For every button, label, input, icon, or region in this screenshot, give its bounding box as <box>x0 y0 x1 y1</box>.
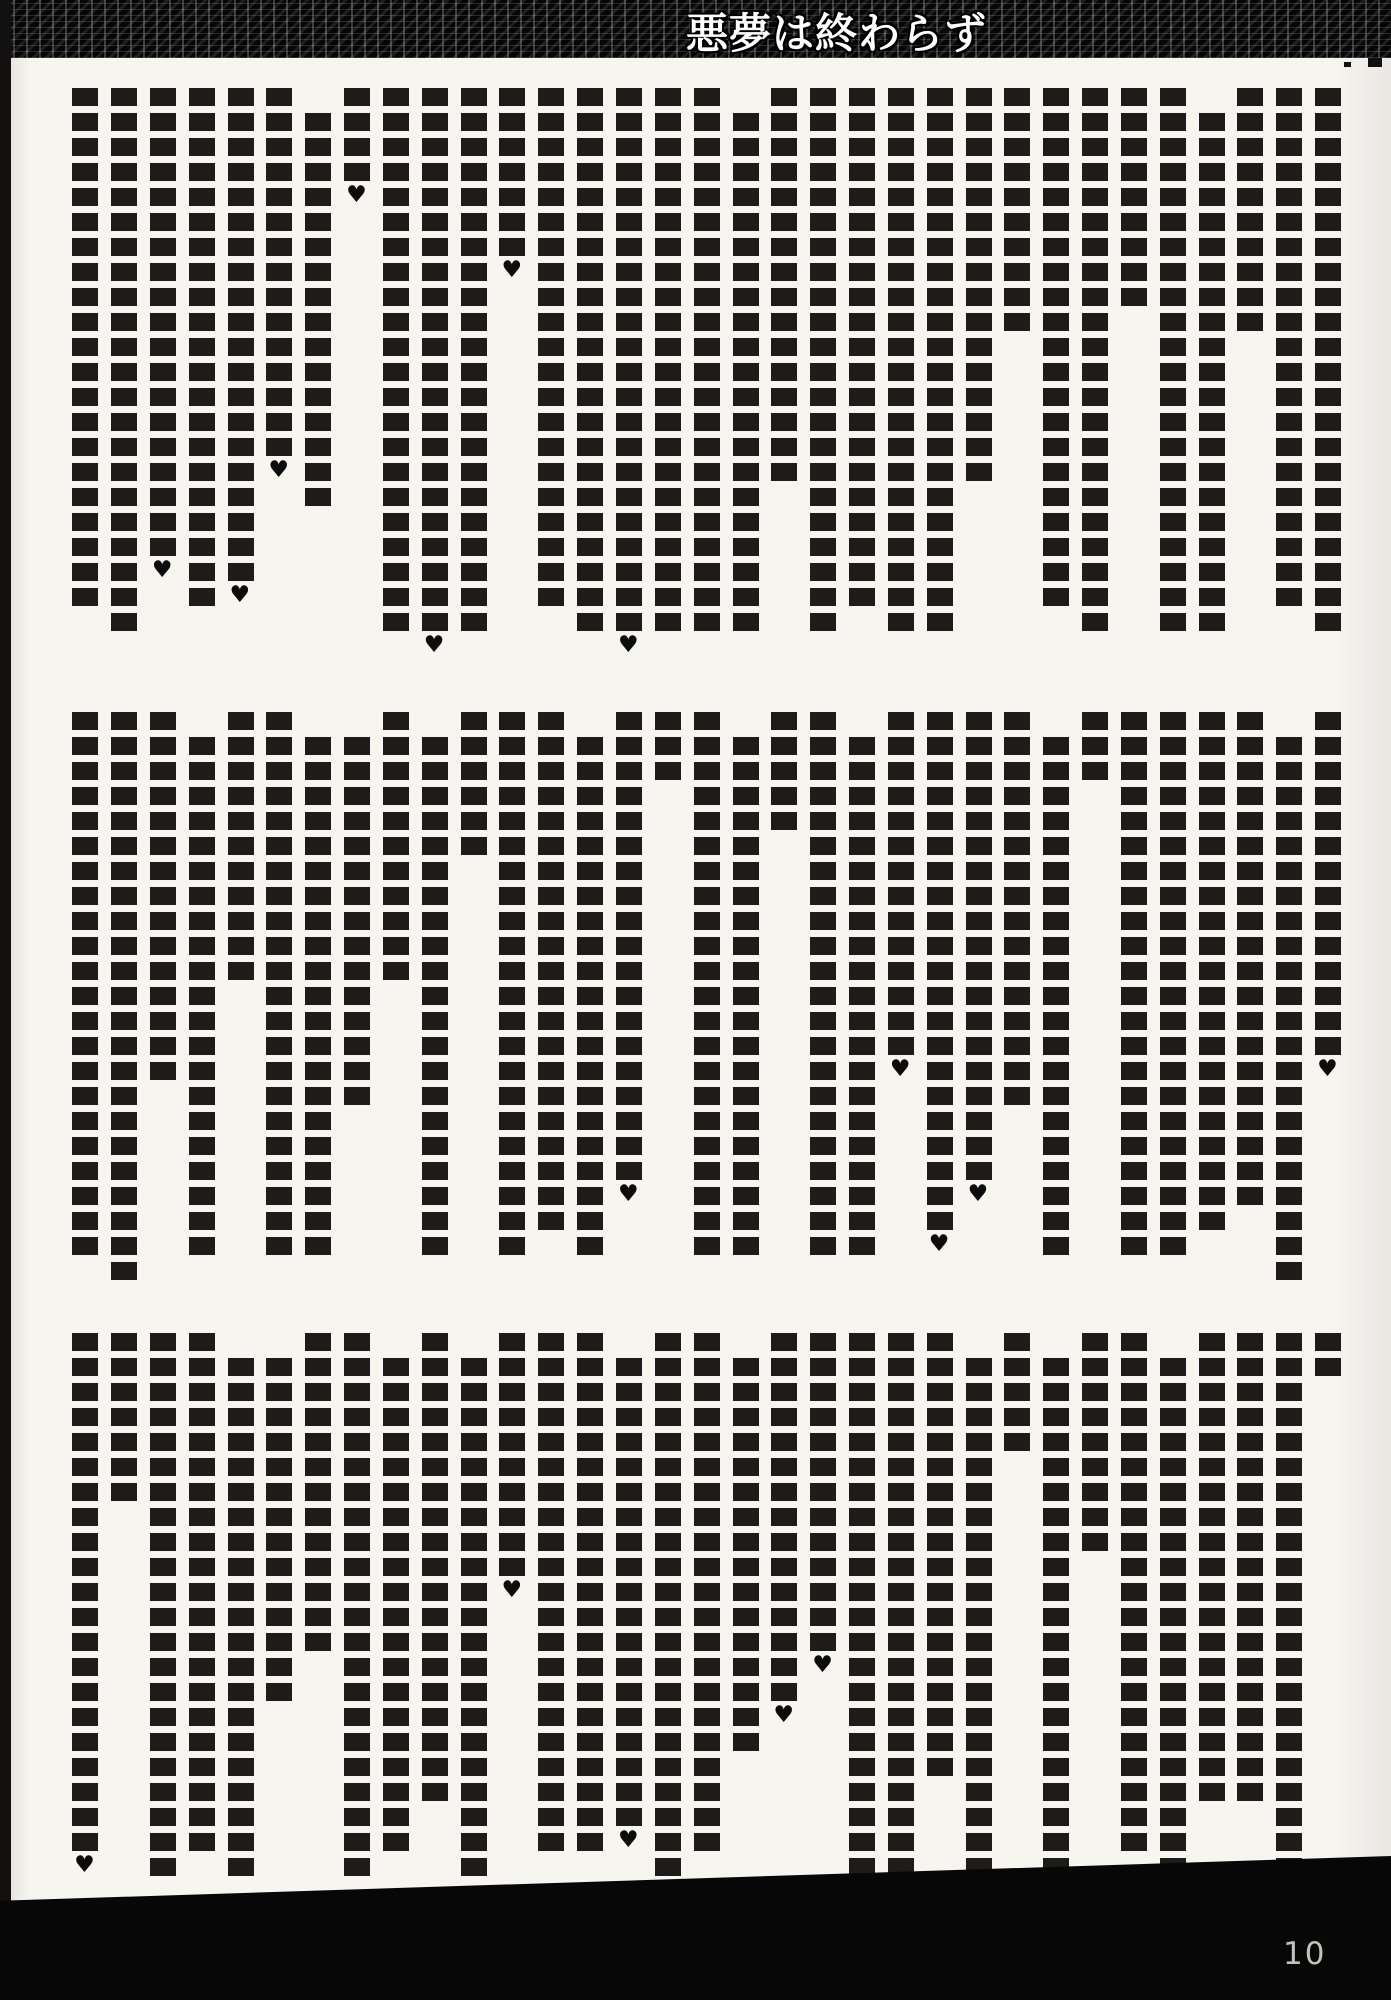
scanned-doujinshi-page: 悪夢は終わらず ♥♥♥♥♥♥♥ ♥♥♥♥♥ ♥♥♥♥♥♥ 10 <box>0 0 1391 2000</box>
redacted-text-stroke <box>655 1333 681 1876</box>
scan-left-edge <box>0 0 11 2000</box>
text-column-redacted <box>998 1333 1037 1925</box>
text-column-redacted <box>1037 1333 1076 1925</box>
redacted-text-stroke <box>849 88 875 606</box>
text-column-redacted <box>688 88 727 673</box>
redacted-text-stroke <box>344 737 370 1105</box>
text-column-redacted <box>921 88 960 673</box>
redacted-text-stroke <box>733 113 759 631</box>
redacted-text-stroke <box>1276 1333 1302 1876</box>
text-column-redacted <box>455 88 494 673</box>
text-column-redacted: ♥ <box>493 1333 532 1925</box>
redacted-text-stroke <box>1004 88 1030 331</box>
text-column-redacted <box>1193 1333 1232 1925</box>
text-column-redacted <box>532 712 571 1300</box>
redacted-text-stroke <box>189 737 215 1255</box>
redacted-text-stroke <box>966 712 992 1180</box>
text-column-redacted <box>1115 1333 1154 1925</box>
redacted-text-stroke <box>538 1333 564 1851</box>
text-column-redacted <box>66 88 105 673</box>
redacted-text-stroke <box>111 88 137 631</box>
text-column-redacted <box>1231 712 1270 1300</box>
redacted-text-stroke <box>577 737 603 1255</box>
redacted-text-stroke <box>966 1358 992 1876</box>
heart-mark: ♥ <box>618 1183 639 1206</box>
text-column-redacted <box>1270 712 1309 1300</box>
heart-mark: ♥ <box>1317 1058 1338 1081</box>
redacted-text-stroke <box>72 1333 98 1851</box>
redacted-text-stroke <box>499 712 525 1255</box>
text-column-redacted <box>105 712 144 1300</box>
text-column-redacted <box>455 1333 494 1925</box>
redacted-text-stroke <box>461 712 487 855</box>
redacted-text-stroke <box>1082 712 1108 780</box>
redacted-text-stroke <box>228 1358 254 1876</box>
text-column-redacted: ♥ <box>882 712 921 1300</box>
text-column-redacted <box>338 712 377 1300</box>
redacted-text-stroke <box>499 88 525 256</box>
text-column-redacted <box>222 712 261 1300</box>
heart-mark: ♥ <box>929 1233 950 1256</box>
text-column-redacted <box>649 712 688 1300</box>
heart-mark: ♥ <box>74 1854 95 1877</box>
heart-mark: ♥ <box>618 634 639 657</box>
redacted-text-stroke <box>422 737 448 1255</box>
text-column-redacted <box>1270 1333 1309 1925</box>
header-banner: 悪夢は終わらず <box>0 0 1391 58</box>
page-number: 10 <box>1283 1936 1326 1972</box>
redacted-text-stroke <box>228 712 254 980</box>
text-column-redacted: ♥ <box>960 712 999 1300</box>
redacted-text-stroke <box>849 737 875 1255</box>
text-column-redacted <box>571 88 610 673</box>
redacted-text-stroke <box>305 1333 331 1651</box>
redacted-text-stroke <box>655 712 681 780</box>
text-column-redacted <box>1270 88 1309 673</box>
redacted-text-stroke <box>1237 88 1263 331</box>
scan-speck <box>1344 62 1351 67</box>
text-column-redacted <box>299 712 338 1300</box>
text-column-redacted <box>299 1333 338 1925</box>
redacted-text-stroke <box>189 88 215 606</box>
redacted-text-stroke <box>305 113 331 506</box>
redacted-text-stroke <box>1043 88 1069 606</box>
text-column-redacted <box>144 1333 183 1925</box>
redacted-text-stroke <box>538 88 564 606</box>
text-column-redacted: ♥ <box>610 88 649 673</box>
text-column-redacted <box>688 1333 727 1925</box>
text-column-redacted: ♥ <box>222 88 261 673</box>
redacted-text-stroke <box>72 712 98 1255</box>
redacted-text-stroke <box>1276 737 1302 1280</box>
text-column-redacted <box>688 712 727 1300</box>
redacted-text-stroke <box>1160 88 1186 631</box>
redacted-text-stroke <box>1004 1333 1030 1451</box>
text-column-redacted <box>1309 1333 1348 1925</box>
redacted-text-stroke <box>422 1333 448 1801</box>
text-column-redacted <box>765 712 804 1300</box>
redacted-text-stroke <box>1315 712 1341 1055</box>
text-column-redacted <box>416 712 455 1300</box>
text-column-redacted <box>1076 1333 1115 1925</box>
heart-mark: ♥ <box>501 259 522 282</box>
redacted-text-stroke <box>499 1333 525 1576</box>
page-title: 悪夢は終わらず <box>686 1 987 61</box>
redacted-text-stroke <box>189 1333 215 1851</box>
text-column-redacted <box>1154 1333 1193 1925</box>
redacted-text-stroke <box>771 712 797 830</box>
redacted-text-stroke <box>1199 113 1225 631</box>
text-column-redacted <box>144 712 183 1300</box>
text-column-redacted: ♥ <box>610 1333 649 1925</box>
text-column-redacted <box>377 712 416 1300</box>
heart-mark: ♥ <box>152 559 173 582</box>
text-column-redacted: ♥ <box>610 712 649 1300</box>
text-column-redacted: ♥ <box>765 1333 804 1925</box>
text-column-redacted <box>649 1333 688 1925</box>
text-column-redacted <box>66 712 105 1300</box>
text-column-redacted <box>843 1333 882 1925</box>
text-column-redacted <box>649 88 688 673</box>
redacted-text-stroke <box>810 1333 836 1651</box>
text-column-redacted <box>338 1333 377 1925</box>
text-column-redacted <box>183 88 222 673</box>
redacted-text-stroke <box>111 712 137 1280</box>
text-column-redacted <box>998 88 1037 673</box>
text-column-redacted <box>727 1333 766 1925</box>
redacted-text-stroke <box>810 88 836 631</box>
redacted-text-stroke <box>150 1333 176 1876</box>
redacted-text-stroke <box>461 88 487 631</box>
redacted-text-stroke <box>771 1333 797 1701</box>
heart-mark: ♥ <box>618 1829 639 1852</box>
text-column-redacted <box>843 712 882 1300</box>
redacted-text-stroke <box>694 1333 720 1851</box>
text-column-redacted <box>1076 712 1115 1300</box>
redacted-text-stroke <box>1121 1333 1147 1851</box>
text-column-redacted <box>532 88 571 673</box>
heart-mark: ♥ <box>501 1579 522 1602</box>
redacted-text-stroke <box>228 88 254 581</box>
text-column-redacted <box>804 712 843 1300</box>
redacted-text-stroke <box>72 88 98 606</box>
redacted-text-stroke <box>1237 1333 1263 1801</box>
text-column-redacted <box>1115 88 1154 673</box>
text-column-redacted: ♥ <box>144 88 183 673</box>
redacted-text-stroke <box>111 1333 137 1501</box>
text-column-redacted <box>377 88 416 673</box>
redacted-text-stroke <box>1315 88 1341 631</box>
redacted-text-stroke <box>266 1358 292 1701</box>
text-block-top: ♥♥♥♥♥♥♥ <box>66 88 1348 673</box>
redacted-text-stroke <box>1199 712 1225 1230</box>
text-column-redacted <box>1154 712 1193 1300</box>
text-block-bottom: ♥♥♥♥♥♥ <box>66 1333 1348 1925</box>
redacted-text-stroke <box>422 88 448 631</box>
redacted-text-stroke <box>888 88 914 631</box>
text-column-redacted <box>882 88 921 673</box>
text-column-redacted <box>1231 88 1270 673</box>
redacted-text-stroke <box>383 712 409 980</box>
redacted-text-stroke <box>927 712 953 1230</box>
redacted-text-stroke <box>383 1358 409 1851</box>
redacted-text-stroke <box>577 88 603 631</box>
text-column-redacted <box>727 712 766 1300</box>
redacted-text-stroke <box>266 88 292 456</box>
text-column-redacted <box>843 88 882 673</box>
redacted-text-stroke <box>383 88 409 631</box>
text-column-redacted <box>105 88 144 673</box>
text-column-redacted <box>260 1333 299 1925</box>
text-column-redacted <box>571 712 610 1300</box>
text-column-redacted: ♥ <box>260 88 299 673</box>
redacted-text-stroke <box>888 712 914 1055</box>
redacted-text-stroke <box>150 88 176 556</box>
redacted-text-stroke <box>1082 1333 1108 1551</box>
text-column-redacted <box>1154 88 1193 673</box>
heart-mark: ♥ <box>812 1654 833 1677</box>
text-column-redacted <box>1037 712 1076 1300</box>
text-column-redacted: ♥ <box>493 88 532 673</box>
redacted-text-stroke <box>1237 712 1263 1205</box>
text-column-redacted: ♥ <box>66 1333 105 1925</box>
text-column-redacted <box>1309 88 1348 673</box>
redacted-text-stroke <box>1043 737 1069 1255</box>
redacted-text-stroke <box>344 1333 370 1876</box>
redacted-text-stroke <box>1121 88 1147 306</box>
text-column-redacted <box>960 1333 999 1925</box>
heart-mark: ♥ <box>968 1183 989 1206</box>
heart-mark: ♥ <box>890 1058 911 1081</box>
redacted-text-stroke <box>1004 712 1030 1105</box>
text-column-redacted <box>1076 88 1115 673</box>
redacted-text-stroke <box>538 712 564 1230</box>
text-column-redacted: ♥ <box>1309 712 1348 1300</box>
redacted-text-stroke <box>1160 1358 1186 1876</box>
text-column-redacted: ♥ <box>921 712 960 1300</box>
text-column-redacted <box>1231 1333 1270 1925</box>
text-column-redacted <box>960 88 999 673</box>
text-column-redacted <box>416 1333 455 1925</box>
redacted-text-stroke <box>1276 88 1302 606</box>
redacted-text-stroke <box>694 712 720 1255</box>
redacted-text-stroke <box>1199 1333 1225 1801</box>
text-column-redacted <box>1037 88 1076 673</box>
redacted-text-stroke <box>966 88 992 481</box>
text-column-redacted <box>493 712 532 1300</box>
text-column-redacted: ♥ <box>338 88 377 673</box>
text-column-redacted <box>1115 712 1154 1300</box>
text-column-redacted <box>183 712 222 1300</box>
text-column-redacted <box>571 1333 610 1925</box>
redacted-text-stroke <box>616 88 642 631</box>
text-column-redacted <box>921 1333 960 1925</box>
text-column-redacted <box>260 712 299 1300</box>
text-column-redacted <box>998 712 1037 1300</box>
text-column-redacted: ♥ <box>882 1333 921 1925</box>
heart-mark: ♥ <box>773 1704 794 1727</box>
heart-mark: ♥ <box>346 184 367 207</box>
text-column-redacted <box>765 88 804 673</box>
redacted-text-stroke <box>344 88 370 181</box>
redacted-text-stroke <box>461 1358 487 1876</box>
text-column-redacted: ♥ <box>416 88 455 673</box>
text-column-redacted <box>299 88 338 673</box>
redacted-text-stroke <box>733 1358 759 1751</box>
text-column-redacted <box>532 1333 571 1925</box>
text-column-redacted <box>222 1333 261 1925</box>
redacted-text-stroke <box>771 88 797 481</box>
text-column-redacted <box>455 712 494 1300</box>
text-column-redacted <box>1193 712 1232 1300</box>
redacted-text-stroke <box>1160 712 1186 1255</box>
redacted-text-stroke <box>266 712 292 1255</box>
redacted-text-stroke <box>927 88 953 631</box>
redacted-text-stroke <box>577 1333 603 1851</box>
redacted-text-stroke <box>694 88 720 631</box>
redacted-text-stroke <box>849 1333 875 1876</box>
heart-mark: ♥ <box>424 634 445 657</box>
text-column-redacted <box>183 1333 222 1925</box>
heart-mark: ♥ <box>268 459 289 482</box>
text-column-redacted <box>377 1333 416 1925</box>
redacted-text-stroke <box>655 88 681 631</box>
redacted-text-stroke <box>1121 712 1147 1255</box>
redacted-text-stroke <box>927 1333 953 1776</box>
text-block-middle: ♥♥♥♥♥ <box>66 712 1348 1300</box>
redacted-text-stroke <box>1043 1358 1069 1876</box>
redacted-text-stroke <box>616 712 642 1180</box>
redacted-text-stroke <box>733 737 759 1255</box>
heart-mark: ♥ <box>230 584 251 607</box>
redacted-text-stroke <box>1315 1333 1341 1376</box>
redacted-text-stroke <box>810 712 836 1255</box>
text-column-redacted: ♥ <box>804 1333 843 1925</box>
scan-speck <box>1368 58 1382 67</box>
text-column-redacted <box>727 88 766 673</box>
redacted-text-stroke <box>888 1333 914 1876</box>
redacted-text-stroke <box>1082 88 1108 631</box>
text-column-redacted <box>1193 88 1232 673</box>
redacted-text-stroke <box>150 712 176 1080</box>
text-column-redacted <box>105 1333 144 1925</box>
redacted-text-stroke <box>616 1358 642 1826</box>
redacted-text-stroke <box>305 737 331 1255</box>
text-column-redacted <box>804 88 843 673</box>
